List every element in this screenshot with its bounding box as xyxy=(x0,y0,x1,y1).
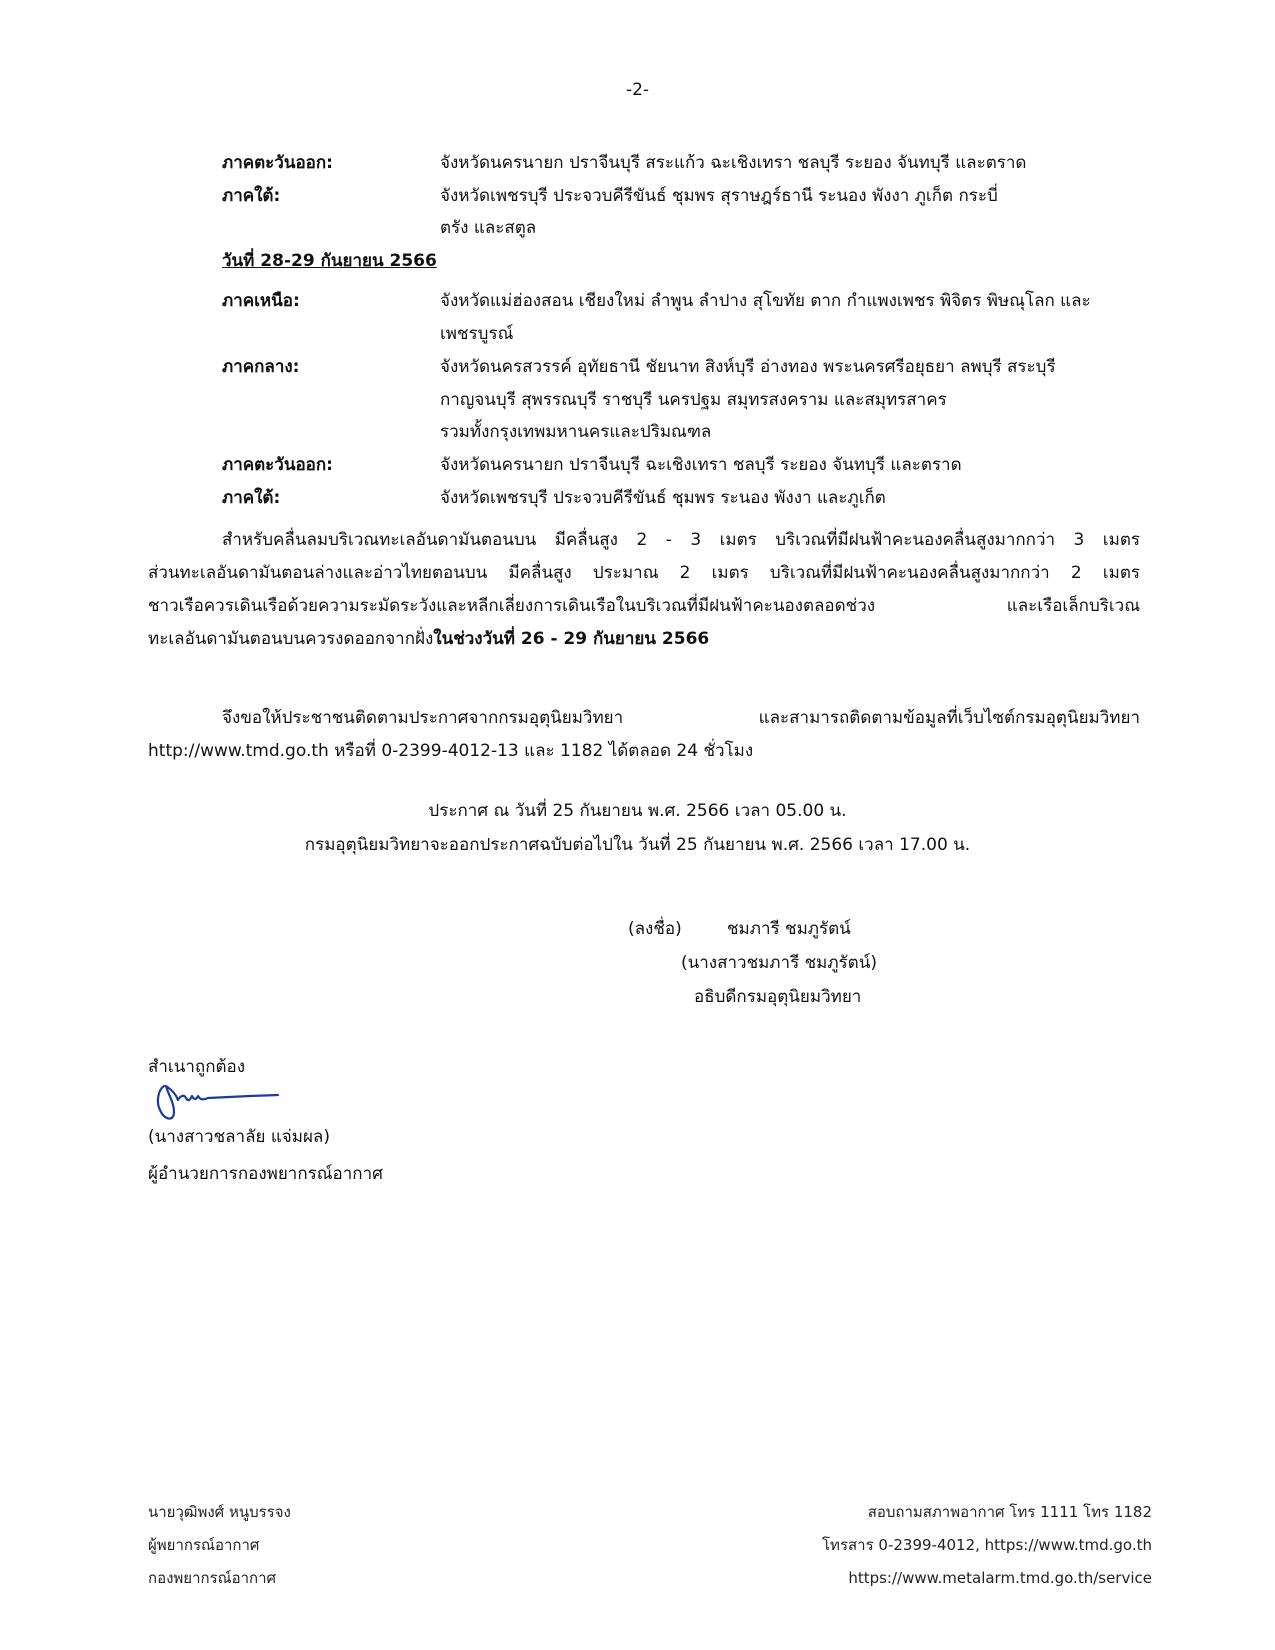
hotline-info: สอบถามสภาพอากาศ โทร 1111 โทร 1182 xyxy=(868,1496,1152,1529)
paragraph-line: ส่วนทะเลอันดามันตอนล่างและอ่าวไทยตอนบน ม… xyxy=(148,557,1140,590)
metalarm-link[interactable]: https://www.metalarm.tmd.go.th/service xyxy=(848,1562,1152,1595)
region-provinces: จังหวัดแม่ฮ่องสอน เชียงใหม่ ลำพูน ลำปาง … xyxy=(440,285,1091,317)
forecaster-division: กองพยากรณ์อากาศ xyxy=(148,1562,276,1595)
paragraph-text: จึงขอให้ประชาชนติดตามประกาศจากกรมอุตุนิย… xyxy=(222,708,1140,728)
next-announcement: กรมอุตุนิยมวิทยาจะออกประกาศฉบับต่อไปใน ว… xyxy=(0,828,1275,862)
region-label: ภาคใต้: xyxy=(222,482,280,514)
region-provinces: เพชรบูรณ์ xyxy=(440,318,513,350)
region-provinces: ตรัง และสตูล xyxy=(440,212,536,244)
date-heading: วันที่ 28-29 กันยายน 2566 xyxy=(222,245,437,277)
region-provinces: รวมทั้งกรุงเทพมหานครและปริมณฑล xyxy=(440,416,711,448)
paragraph-text: สำหรับคลื่นลมบริเวณทะเลอันดามันตอนบน มีค… xyxy=(222,530,1140,550)
forecaster-name: นายวุฒิพงศ์ หนูบรรจง xyxy=(148,1496,291,1529)
issued-time: ประกาศ ณ วันที่ 25 กันยายน พ.ศ. 2566 เวล… xyxy=(0,794,1275,828)
paragraph-line: ทะเลอันดามันตอนบนควรงดออกจากฝั่งในช่วงวั… xyxy=(148,623,1140,656)
certifier-name: (นางสาวชลาลัย แจ่มผล) xyxy=(148,1120,330,1154)
region-label: ภาคใต้: xyxy=(222,180,280,212)
contact-line: http://www.tmd.go.th หรือที่ 0-2399-4012… xyxy=(148,735,1140,768)
region-provinces: จังหวัดเพชรบุรี ประจวบคีรีขันธ์ ชุมพร ระ… xyxy=(440,482,886,514)
forecaster-title: ผู้พยากรณ์อากาศ xyxy=(148,1529,259,1562)
certified-copy-label: สำเนาถูกต้อง xyxy=(148,1050,245,1084)
paragraph-line: ชาวเรือควรเดินเรือด้วยความระมัดระวังและห… xyxy=(148,590,1140,623)
certifier-position: ผู้อำนวยการกองพยากรณ์อากาศ xyxy=(148,1157,383,1191)
signatory-position: อธิบดีกรมอุตุนิยมวิทยา xyxy=(694,980,861,1014)
follow-paragraph: จึงขอให้ประชาชนติดตามประกาศจากกรมอุตุนิย… xyxy=(148,702,1140,768)
page-number: -2- xyxy=(0,80,1275,100)
region-provinces: จังหวัดนครนายก ปราจีนบุรี ฉะเชิงเทรา ชลบ… xyxy=(440,449,962,481)
signatory-full-name: (นางสาวชมภารี ชมภูรัตน์) xyxy=(681,946,877,980)
region-provinces: จังหวัดเพชรบุรี ประจวบคีรีขันธ์ ชุมพร สุ… xyxy=(440,180,998,212)
region-label: ภาคตะวันออก: xyxy=(222,147,333,179)
wave-paragraph: สำหรับคลื่นลมบริเวณทะเลอันดามันตอนบน มีค… xyxy=(148,524,1140,656)
region-label: ภาคตะวันออก: xyxy=(222,449,333,481)
paragraph-line: จึงขอให้ประชาชนติดตามประกาศจากกรมอุตุนิย… xyxy=(148,702,1140,735)
paragraph-line: สำหรับคลื่นลมบริเวณทะเลอันดามันตอนบน มีค… xyxy=(148,524,1140,557)
region-label: ภาคกลาง: xyxy=(222,351,299,383)
paragraph-text: ทะเลอันดามันตอนบนควรงดออกจากฝั่ง xyxy=(148,629,433,649)
signed-label: (ลงชื่อ) xyxy=(628,912,682,946)
region-provinces: จังหวัดนครนายก ปราจีนบุรี สระแก้ว ฉะเชิง… xyxy=(440,147,1026,179)
warning-period: ในช่วงวันที่ 26 - 29 กันยายน 2566 xyxy=(433,629,709,649)
signed-name: ชมภารี ชมภูรัตน์ xyxy=(727,912,851,946)
region-provinces: จังหวัดนครสวรรค์ อุทัยธานี ชัยนาท สิงห์บ… xyxy=(440,351,1056,383)
region-provinces: กาญจนบุรี สุพรรณบุรี ราชบุรี นครปฐม สมุท… xyxy=(440,384,947,416)
region-label: ภาคเหนือ: xyxy=(222,285,300,317)
fax-website[interactable]: โทรสาร 0-2399-4012, https://www.tmd.go.t… xyxy=(822,1529,1152,1562)
